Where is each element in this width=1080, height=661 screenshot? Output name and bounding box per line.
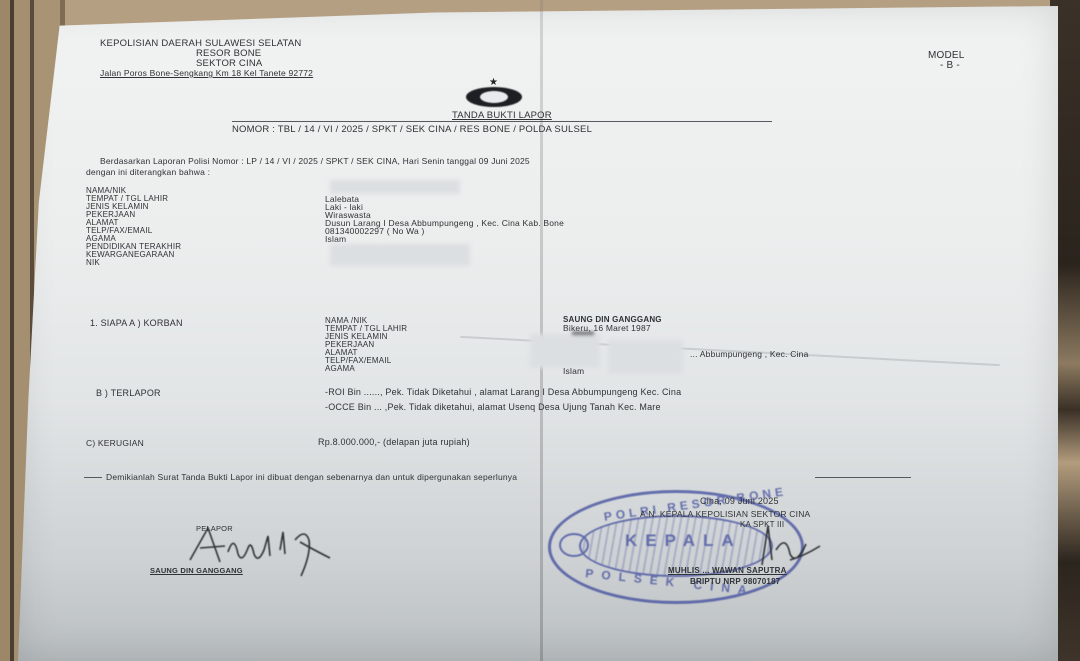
closing-lead-line xyxy=(84,477,102,478)
closing-statement: Demikianlah Surat Tanda Bukti Lapor ini … xyxy=(106,472,517,482)
redacted-reporter-name xyxy=(330,180,460,194)
officer-signature xyxy=(750,520,830,570)
document-number: Nomor : TBL / 14 / VI / 2025 / SPKT / SE… xyxy=(232,124,592,135)
officer-place-date: Cina, 09 Juni 2025 xyxy=(700,496,779,506)
header-address: Jalan Poros Bone-Sengkang Km 18 Kel Tane… xyxy=(100,68,313,78)
closing-trail-line xyxy=(815,477,911,478)
officer-line-1: a.n. KEPALA KEPOLISIAN SEKTOR CINA xyxy=(640,509,810,519)
intro-line-1: Berdasarkan Laporan Polisi Nomor : LP / … xyxy=(100,156,530,166)
reporter-signature xyxy=(180,520,350,590)
reporter-value-religion: Islam xyxy=(325,234,346,244)
document-title: TANDA BUKTI LAPOR xyxy=(452,110,552,121)
reported-line-2: -OCCE Bin ... ,Pek. Tidak diketahui, ala… xyxy=(325,402,661,412)
police-emblem-icon xyxy=(466,87,522,107)
intro-line-2: dengan ini diterangkan bahwa : xyxy=(86,167,210,177)
paper-fold-line xyxy=(540,0,543,661)
loss-value: Rp.8.000.000,- (delapan juta rupiah) xyxy=(318,437,470,447)
officer-name: MUHLIS ... WAWAN SAPUTRA xyxy=(668,566,787,575)
title-divider xyxy=(232,121,772,122)
section-victim-label: 1. SIAPA a ) KORBAN xyxy=(90,318,183,328)
reporter-label-nik: NIK xyxy=(86,258,100,267)
reported-line-1: -ROI Bin ......, Pek. Tidak Diketahui , … xyxy=(325,387,681,397)
stamp-emblem-icon xyxy=(559,533,589,557)
victim-value-address: ... Abbumpungeng , Kec. Cina xyxy=(690,349,809,359)
redacted-victim-details xyxy=(530,334,600,368)
redacted-victim-address xyxy=(608,340,683,374)
reporter-sign-name: SAUNG DIN GANGGANG xyxy=(150,566,243,575)
officer-rank-nrp: BRIPTU NRP 98070187 xyxy=(690,577,780,586)
model-value: - B - xyxy=(940,60,960,71)
victim-label-religion: AGAMA xyxy=(325,364,355,373)
victim-value-religion: Islam xyxy=(563,366,584,376)
redacted-reporter-details xyxy=(330,244,470,266)
stamp-center-text: KEPALA xyxy=(625,531,742,551)
section-reported-label: b ) TERLAPOR xyxy=(96,388,161,398)
section-loss-label: c) KERUGIAN xyxy=(86,438,144,448)
